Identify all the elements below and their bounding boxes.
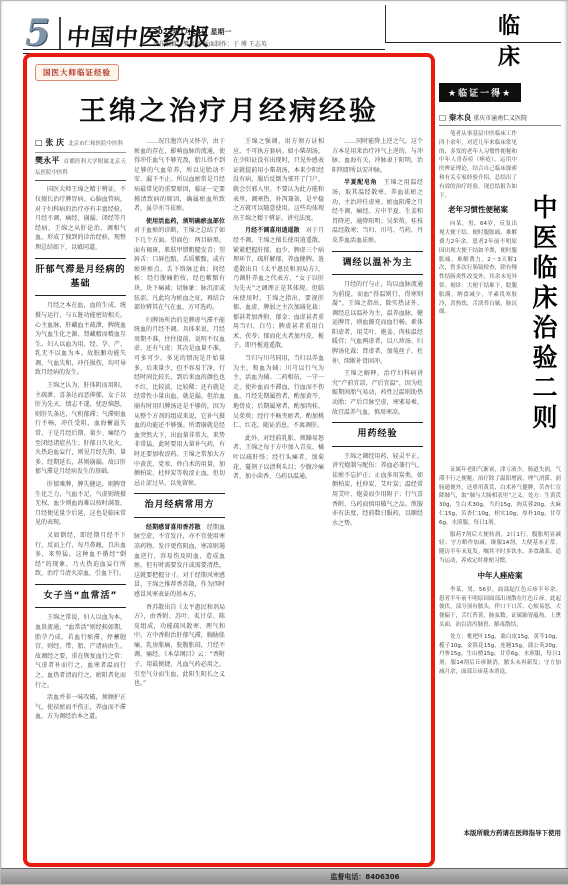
sidebar-banner: ★临证一得★	[439, 83, 521, 102]
paragraph: 香苏散出自《太平惠民和剂局方》，由香附、苏叶、炙甘草、陈皮组成，功能疏风散寒、理…	[134, 603, 225, 689]
paragraph: 活血并非一味攻破，须顾护正气，使祛瘀而不伤正，养血而不滞血，方为调经治本之道。	[35, 693, 126, 722]
paragraph-text: 对于血瘀的诊断，王绵之总结了如下几个方面。望面色：两目暗黑，面有褐斑，肌肤甲错粗…	[134, 227, 225, 311]
page-header: 5 中国中医药报 2022年1月24日 星期一 责任编辑：樊凤英 版面制作：于 …	[1, 1, 568, 53]
section-heading: 用药经验	[332, 422, 423, 446]
sidebar-bottom-section: 证属年老阳气渐衰，津亏液少，肠道失润，气滞不行之便秘。治疗除了温阳增液、理气消滞…	[439, 466, 561, 834]
bold-lead-in: 半夏配皂角	[344, 179, 377, 186]
paragraph: 肝郁乘脾，脾失健运，则脾肾生化乏力，气血不足，气虚则统摄无权，血少则血海难以按时…	[35, 480, 126, 528]
header-divider	[59, 17, 61, 49]
date-line: 2022年1月24日 星期一	[153, 27, 363, 37]
paragraph: 笔者从事基层中医临床工作四十余年，对近几年来临床常见的、多发的老年人习惯性便秘和…	[439, 130, 517, 200]
bold-lead-in: 经期感冒喜用香苏散	[146, 524, 201, 531]
paragraph: 半夏配皂角 王绵之用温经汤，取其温经散寒、养血祛瘀之功，主治冲任虚寒、瘀血阻滞之…	[332, 178, 423, 245]
paragraph: 又如倒经，即经期月经不下行，反而上行，每月鼻衄，且出血多，来势猛。这种血不循经“…	[35, 531, 126, 579]
highlight-red-box: 国医大师临证经验 王绵之治疗月经病经验 □ 张 庆 北京市仁和医院中医科 樊永平…	[23, 53, 435, 867]
author-2: 樊永平	[35, 156, 60, 165]
section-heading: 调经以温补为主	[332, 251, 423, 275]
sidebar-affiliation: 重庆市潼南仁义医院	[473, 115, 527, 122]
page-number: 5	[25, 15, 50, 51]
series-badge: 国医大师临证经验	[35, 64, 119, 81]
paragraph: ……同时能降上逆之气。这个方本是用来治疗冲气上逆的，与冲脉、血海有关，冲脉隶于阳…	[332, 137, 423, 175]
paragraph: 使用活血药，须明确瘀血部位 对于血瘀的诊断，王绵之总结了如下几个方面。望面色：两…	[134, 217, 225, 313]
intro-paragraph: 国医大师王绵之精于辨证，不仅擅长治疗脾胃病、心脑血管病，对于妇科病的治疗亦有丰富…	[35, 185, 126, 252]
byline-row-1: □ 张 庆 北京市仁和医院中医科	[35, 137, 126, 150]
paragraph: 经期感冒喜用香苏散 经期血脉空虚，不宜发汗，亦不宜使用寒凉药物。发汗更伤阴血，寒…	[134, 523, 225, 600]
article-column-2: ……况且胞宫内又怀孕，由于瘀血的存在，影响血脉的流通，使得冲任血气不够充盈，胎儿…	[134, 137, 225, 849]
paragraph: 王绵之调经用药，轻灵平正，讲究炮制与配伍：养血必兼行气，祛瘀不忘护正；止血多用炭…	[332, 452, 423, 529]
paragraph: 服药7剂后大便转润，2日1行，腹胀明显减轻；守方略作加减，继服14剂，大便基本正…	[439, 531, 561, 566]
paragraph: 月经不调喜用逍遥散 对于月经不调，王绵之擅长使用逍遥散，紧紧把握肝郁、血少、脾虚…	[233, 226, 324, 351]
byline-row-2: 樊永平 首都医科大学附属北京天坛医院中医科	[35, 152, 126, 178]
supervision-phone: 监督电话：8406306	[330, 872, 399, 882]
article-title: 王绵之治疗月经病经验	[27, 89, 431, 128]
paragraph: ……况且胞宫内又怀孕，由于瘀血的存在，影响血脉的流通，使得冲任血气不够充盈，胎儿…	[134, 137, 225, 214]
case-heading: 老年习惯性便秘案	[439, 204, 517, 216]
paragraph: 向某，男，64岁，反复出现大便干结、便时腹胀痛、难解费力2年余。患者2年前不明原…	[439, 220, 517, 317]
affiliation-1: 北京市仁和医院中医科	[68, 141, 123, 147]
byline-block: □ 张 庆 北京市仁和医院中医科 樊永平 首都医科大学附属北京天坛医院中医科	[35, 137, 126, 181]
newspaper-page: 5 中国中医药报 2022年1月24日 星期一 责任编辑：樊凤英 版面制作：于 …	[0, 0, 568, 885]
sidebar-byline: □ 秦木良 重庆市潼南仁义医院	[439, 112, 561, 126]
paragraph: 归脾汤所治的是脾虚气滞不能统血的月经不调。具体来说，月经周期不准，往往提前，说明…	[134, 316, 225, 489]
sidebar-top-section: 笔者从事基层中医临床工作四十余年，对近几年来临床常见的、多发的老年人习惯性便秘和…	[439, 130, 561, 462]
bold-lead-in: 月经不调喜用逍遥散	[245, 227, 300, 234]
date-block: 2022年1月24日 星期一 责任编辑：樊凤英 版面制作：于 博 王志英	[153, 27, 363, 48]
paragraph: 王绵之认为，肝体阴而用阳，主疏泄，喜条达而恶抑郁，女子以肝为先天。情志不遂，忧思…	[35, 381, 126, 477]
author-1: □ 张 庆	[35, 138, 64, 147]
paragraph: 当归与川芎同用，当归以养血为主，和血为辅；川芎以行气为主，活血为辅。二药相伍，一…	[233, 354, 324, 431]
editors-line: 责任编辑：樊凤英 版面制作：于 博 王志英	[153, 39, 363, 48]
paragraph: 王绵之强调，用方须方证相应，不可执方套病。如小柴胡汤，在少阳证没有出现时，只见外…	[233, 137, 324, 223]
article-column-1: □ 张 庆 北京市仁和医院中医科 樊永平 首都医科大学附属北京天坛医院中医科 国…	[35, 137, 126, 849]
paragraph: 证属年老阳气渐衰，津亏液少，肠道失润，气滞不行之便秘。治疗除了温阳增液、理气消滞…	[439, 466, 561, 528]
bottom-scan-bar: 监督电话：8406306	[1, 868, 568, 884]
article-body: □ 张 庆 北京市仁和医院中医科 樊永平 首都医科大学附属北京天坛医院中医科 国…	[35, 137, 423, 849]
sidebar-author: □ 秦木良	[439, 113, 471, 122]
vertical-article-title: 中医临床治验二则	[517, 194, 561, 462]
sidebar-text-column: 笔者从事基层中医临床工作四十余年，对近几年来临床常见的、多发的老年人习惯性便秘和…	[439, 130, 517, 462]
paragraph-text: 经期血脉空虚，不宜发汗，亦不宜使用寒凉药物。发汗更伤阴血，寒凉则遏血逆行，容易伤…	[134, 524, 225, 598]
article-column-3: 王绵之强调，用方须方证相应，不可执方套病。如小柴胡汤，在少阳证没有出现时，只见外…	[233, 137, 324, 849]
section-heading: 肝郁气滞是月经病的基础	[35, 258, 126, 297]
section-heading: 女子当“血常活”	[35, 584, 126, 608]
usage-disclaimer: 本版所载方药请在医师指导下使用	[464, 828, 562, 837]
paragraph: 此外，对经前乳胀、烦躁易怒者，王绵之每于方中加入青皮、橘叶以疏肝络；经行头痛者，…	[233, 434, 324, 482]
paragraph: 李某，男，56岁，面部起红色丘疹半年余。患者半年前不明原因面部出现散在红色丘疹，…	[439, 586, 561, 630]
paragraph: 王绵之常说，妇人以血为本，血贵流通，“血常活”则经候如期，胎孕乃成。若血行瘀滞，…	[35, 613, 126, 690]
article-column-4: ……同时能降上逆之气。这个方本是用来治疗冲气上逆的，与冲脉、血海有关，冲脉隶于阳…	[332, 137, 423, 849]
paragraph-text: 对于月经不调，王绵之擅长使用逍遥散，紧紧把握肝郁、血少、脾虚三个病理环节，疏肝解…	[233, 227, 324, 349]
paragraph-text: 王绵之用温经汤，取其温经散寒、养血祛瘀之功，主治冲任虚寒、瘀血阻滞之月经不调、痛…	[332, 179, 423, 244]
section-heading: 治月经病常用方	[134, 493, 225, 517]
header-section-divider	[385, 5, 386, 42]
case-heading: 中年人痤疮案	[439, 570, 561, 582]
paragraph: 月经之本在血，血的生成、统摄与运行，与五脏功能密切相关。心主血脉，肝藏血主疏泄，…	[35, 301, 126, 378]
sidebar-column: ★临证一得★ □ 秦木良 重庆市潼南仁义医院 笔者从事基层中医临床工作四十余年，…	[437, 59, 563, 851]
bold-lead-in: 使用活血药，须明确瘀血部位	[146, 218, 225, 225]
paragraph: 月经的行与止，均以血脉流通为前提，而血“得温则行，得寒则凝”。王绵之指出，除实热…	[332, 280, 423, 366]
paragraph: 王绵之解释，治疗妇科病讲究“产前宜凉，产后宜温”，因为妊娠期间胎气易动，药性过温…	[332, 369, 423, 417]
paragraph: 处方：枇杷叶15g，桑白皮15g，黄芩10g，栀子10g，金银花15g，连翘15…	[439, 633, 561, 677]
